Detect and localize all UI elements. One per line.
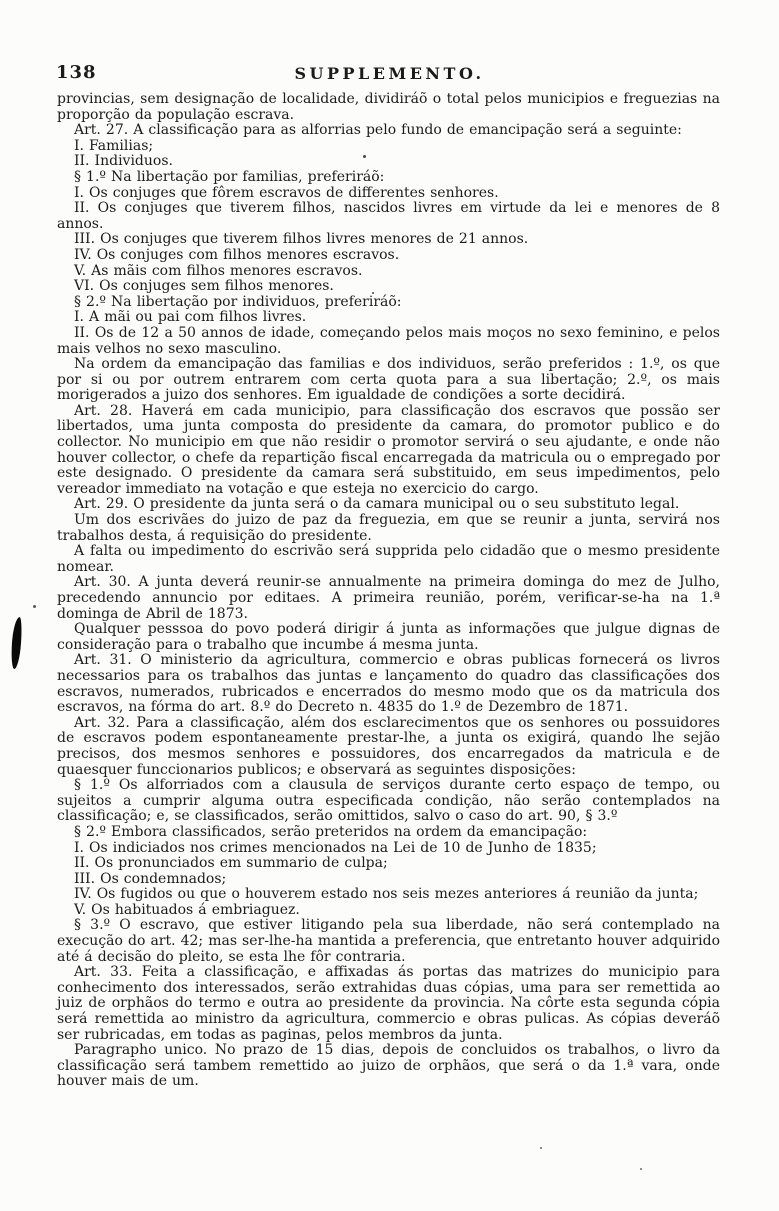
list-item: II. Individuos. bbox=[57, 154, 720, 170]
paragraph: Paragrapho unico. No prazo de 15 dias, d… bbox=[57, 1043, 720, 1090]
paragraph: Um dos escrivães do juizo de paz da freg… bbox=[57, 513, 720, 544]
document-body: provincias, sem designação de localidade… bbox=[57, 92, 720, 1090]
paragraph: A falta ou impedimento do escrivão será … bbox=[57, 544, 720, 575]
list-item: IV. Os conjuges com filhos menores escra… bbox=[57, 248, 720, 264]
list-item: VI. Os conjuges sem filhos menores. bbox=[57, 279, 720, 295]
paragraph: Art. 27. A classificação para as alforri… bbox=[57, 123, 720, 139]
paragraph: § 3.º O escravo, que estiver litigando p… bbox=[57, 918, 720, 965]
list-item: I. A mãi ou pai com filhos livres. bbox=[57, 310, 720, 326]
list-item: III. Os conjuges que tiverem filhos livr… bbox=[57, 232, 720, 248]
paragraph: Art. 33. Feita a classificação, e affixa… bbox=[57, 965, 720, 1043]
list-item: I. Os indiciados nos crimes mencionados … bbox=[57, 841, 720, 857]
paragraph: Art. 32. Para a classificação, além dos … bbox=[57, 716, 720, 778]
scanned-document-page: 138 SUPPLEMENTO. provincias, sem designa… bbox=[0, 0, 779, 1211]
running-title: SUPPLEMENTO. bbox=[0, 64, 779, 83]
ink-speck bbox=[640, 1168, 642, 1170]
paragraph: Art. 30. A junta deverá reunir-se annual… bbox=[57, 575, 720, 622]
ink-speck bbox=[363, 155, 366, 158]
list-item: V. Os habituados á embriaguez. bbox=[57, 903, 720, 919]
ink-speck bbox=[540, 1147, 542, 1149]
list-item: II. Os de 12 a 50 annos de idade, começa… bbox=[57, 326, 720, 357]
paragraph: Art. 29. O presidente da junta será o da… bbox=[57, 497, 720, 513]
paragraph: provincias, sem designação de localidade… bbox=[57, 92, 720, 123]
ink-blot-artifact bbox=[10, 617, 23, 670]
paragraph: Na ordem da emancipação das familias e d… bbox=[57, 357, 720, 404]
paragraph: Qualquer pesssoa do povo poderá dirigir … bbox=[57, 622, 720, 653]
list-item: V. As mãis com filhos menores escravos. bbox=[57, 264, 720, 280]
ink-speck bbox=[372, 292, 374, 294]
paragraph: § 2.º Embora classificados, serão preter… bbox=[57, 825, 720, 841]
paragraph: Art. 28. Haverá em cada municipio, para … bbox=[57, 404, 720, 498]
list-item: II. Os pronunciados em summario de culpa… bbox=[57, 856, 720, 872]
list-item: II. Os conjuges que tiverem filhos, nasc… bbox=[57, 201, 720, 232]
paragraph: § 2.º Na libertação por individuos, pref… bbox=[57, 295, 720, 311]
list-item: III. Os condemnados; bbox=[57, 872, 720, 888]
paragraph: Art. 31. O ministerio da agricultura, co… bbox=[57, 653, 720, 715]
paragraph: § 1.º Os alforriados com a clausula de s… bbox=[57, 778, 720, 825]
list-item: I. Os conjuges que fôrem escravos de dif… bbox=[57, 186, 720, 202]
ink-speck bbox=[33, 605, 36, 608]
list-item: I. Familias; bbox=[57, 139, 720, 155]
paragraph: § 1.º Na libertação por familias, prefer… bbox=[57, 170, 720, 186]
list-item: IV. Os fugidos ou que o houverem estado … bbox=[57, 887, 720, 903]
